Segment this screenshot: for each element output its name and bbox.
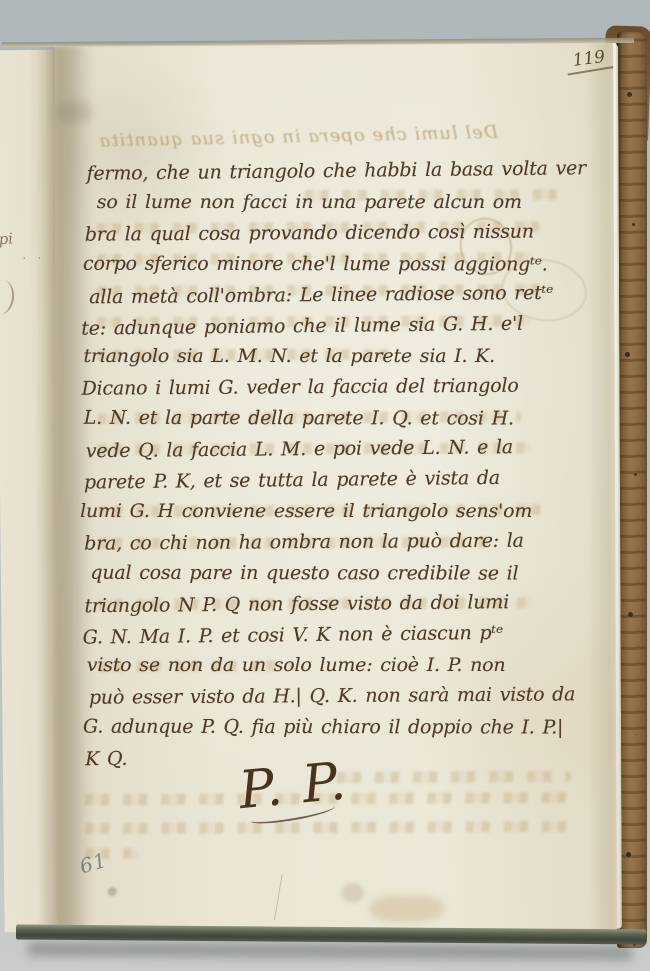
fore-edge-specks <box>627 92 632 97</box>
bleed-through-streak <box>79 821 579 834</box>
folio-number: 119 <box>565 46 614 75</box>
signature-flourish: P. P. <box>237 751 351 825</box>
paper-stain <box>342 883 364 903</box>
paper-crease <box>274 875 283 921</box>
manuscript-line: bra, co chi non ha ombra non la può dare… <box>84 530 524 561</box>
manuscript-line: può esser visto da H.| Q. K. non sarà ma… <box>89 683 576 714</box>
manuscript-line: L. N. et la parte della parete I. Q. et … <box>84 407 514 436</box>
manuscript-line: te: adunque poniamo che il lume sia G. H… <box>81 313 523 346</box>
manuscript-line: G. adunque P. Q. fia più chiaro il doppi… <box>83 716 563 745</box>
gutter-shadow <box>38 46 94 934</box>
manuscript-line: vede Q. la faccia L. M. e poi vede L. N.… <box>86 436 513 468</box>
fore-edge <box>617 32 647 948</box>
manuscript-line: fermo, che un triangolo che habbi la bas… <box>86 157 586 191</box>
photo-backdrop: rpi · · Del lumi che opera in ogni sua q… <box>0 0 650 971</box>
manuscript-line: parete P. K, et se tutta la parete è vis… <box>84 467 500 500</box>
manuscript-line: corpo sferico minore che'l lume possi ag… <box>83 253 548 282</box>
manuscript-line: lumi G. H conviene essere il triangolo s… <box>80 500 532 528</box>
paper-stain <box>108 887 117 896</box>
manuscript-line: qual cosa pare in questo caso credibile … <box>90 562 518 591</box>
manuscript-line: visto se non da un solo lume: cioè I. P.… <box>87 654 506 682</box>
manuscript-line: bra la qual cosa provando dicendo così n… <box>85 221 534 252</box>
manuscript-line: G. N. Ma I. P. et cosi V. K non è ciascu… <box>83 622 504 655</box>
book-cast-shadow <box>28 942 632 960</box>
manuscript-line: triangolo sia L. M. N. et la parete sia … <box>83 345 495 373</box>
left-page-ink-curl <box>0 279 16 316</box>
manuscript-line: triangolo N P. Q non fosse visto da doi … <box>84 591 509 623</box>
manuscript-line: alla metà coll'ombra: Le linee radiose s… <box>89 282 553 314</box>
bleed-through-streak <box>331 771 571 783</box>
manuscript-text: fermo, che un triangolo che habbi la bas… <box>83 159 607 161</box>
manuscript-page: Del lumi che opera in ogni sua quantita … <box>54 43 622 931</box>
left-page-text-fragment: rpi <box>0 229 14 249</box>
bleed-through-heading: Del lumi che opera in ogni sua quantita <box>98 122 498 152</box>
manuscript-line: so il lume non facci in una parete alcun… <box>97 191 522 219</box>
paper-stain <box>370 896 444 922</box>
manuscript-line: Dicano i lumi G. veder la faccia del tri… <box>81 375 518 406</box>
